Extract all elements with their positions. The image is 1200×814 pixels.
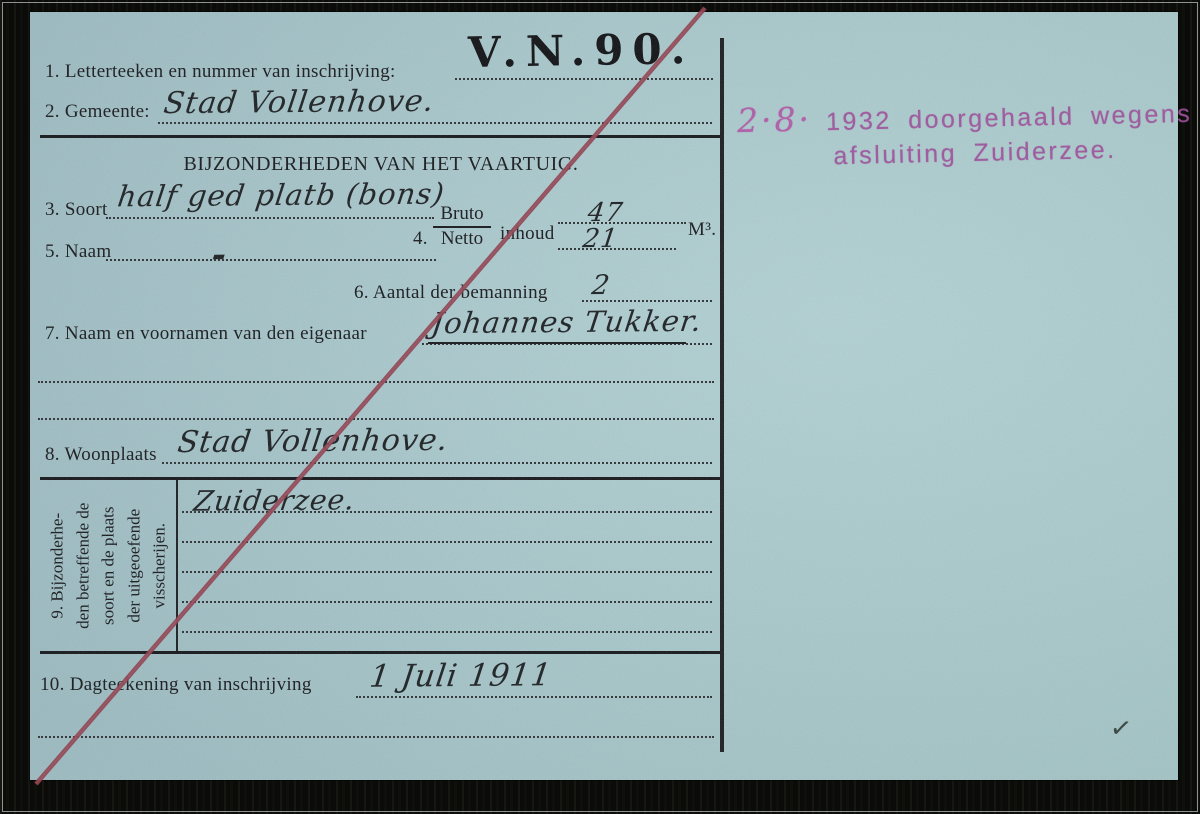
field2-value-handwritten: Stad Vollenhove. — [162, 84, 437, 121]
field6-dotted-line — [582, 300, 712, 302]
empty-dotted-line-1 — [38, 381, 714, 383]
field9-divider-line — [176, 480, 178, 651]
field9-dotted-line-5 — [182, 631, 712, 633]
bottom-dotted-line — [38, 736, 714, 738]
field9-label-line3: soort en de plaats — [95, 498, 121, 634]
field7-label: 7. Naam en voornamen van den eigenaar — [45, 323, 367, 345]
field5-label: 5. Naam — [45, 241, 111, 263]
registration-card: 1. Letterteeken en nummer van inschrijvi… — [30, 12, 1178, 780]
field4-bruto-netto-fraction: Bruto Netto — [433, 204, 491, 250]
field10-value-handwritten: 1 Juli 1911 — [368, 657, 555, 695]
cancellation-stamp-text1: 1932 doorgehaald wegens — [826, 100, 1193, 136]
empty-dotted-line-2 — [38, 418, 714, 420]
cancellation-stamp-date: 2·8· — [737, 99, 813, 140]
field3-dotted-line — [106, 217, 434, 219]
field8-dotted-line — [162, 462, 712, 464]
field7-underline — [428, 342, 686, 344]
field4-number: 4. — [413, 228, 428, 250]
field9-dotted-line-4 — [182, 601, 712, 603]
field10-dotted-line — [356, 696, 712, 698]
field9-rotated-label-box: 9. Bijzonderhe- den betreffende de soort… — [40, 480, 176, 651]
field4-netto-label: Netto — [433, 229, 491, 250]
field8-value-handwritten: Stad Vollenhove. — [176, 423, 451, 460]
field9-label: 9. Bijzonderhe- den betreffende de soort… — [44, 498, 172, 634]
field6-label: 6. Aantal der bemanning — [354, 282, 548, 304]
field9-dotted-line-3 — [182, 571, 712, 573]
field9-label-line4: der uitgeoefende — [121, 498, 147, 634]
field1-label: 1. Letterteeken en nummer van inschrijvi… — [45, 61, 396, 83]
field9-label-line5: visscherijen. — [146, 498, 172, 634]
field3-label: 3. Soort — [45, 199, 108, 221]
section-divider-top — [40, 135, 722, 138]
field8-label: 8. Woonplaats — [45, 444, 157, 466]
field4-unit-label: M³. — [688, 219, 716, 241]
panel-separator-line — [720, 38, 724, 752]
field1-value-registration-number: V.N.90. — [468, 24, 695, 77]
field10-label: 10. Dagteekening van inschrijving — [40, 674, 312, 696]
field9-label-line2: den betreffende de — [70, 498, 96, 634]
field3-value-handwritten: half ged platb (bons) — [116, 177, 447, 214]
field2-label: 2. Gemeente: — [45, 101, 150, 123]
checkmark-annotation: ✓ — [1108, 713, 1134, 746]
field9-label-line1: 9. Bijzonderhe- — [44, 498, 70, 634]
section-title: BIJZONDERHEDEN VAN HET VAARTUIG. — [40, 153, 722, 176]
field7-value-handwritten: Johannes Tukker. — [430, 304, 705, 340]
field5-dotted-line — [106, 259, 436, 261]
field1-dotted-line — [455, 78, 713, 80]
field9-dotted-line-2 — [182, 541, 712, 543]
field4-bruto-dotted-line — [558, 222, 686, 224]
field2-dotted-line — [158, 122, 712, 124]
field4-netto-dotted-line — [558, 248, 676, 250]
field9-dotted-line-1 — [182, 511, 712, 513]
field6-value-handwritten: 2 — [590, 270, 612, 301]
section9-bottom-border — [40, 651, 722, 654]
field4-bruto-label: Bruto — [433, 204, 491, 225]
field5-value-handwritten: - — [209, 235, 229, 275]
field4-inhoud-label: inhoud — [500, 223, 555, 245]
cancellation-stamp-line2: afsluiting Zuiderzee. — [760, 134, 1191, 173]
cancellation-stamp-line1: 2·8·1932 doorgehaald wegens — [737, 91, 1193, 140]
